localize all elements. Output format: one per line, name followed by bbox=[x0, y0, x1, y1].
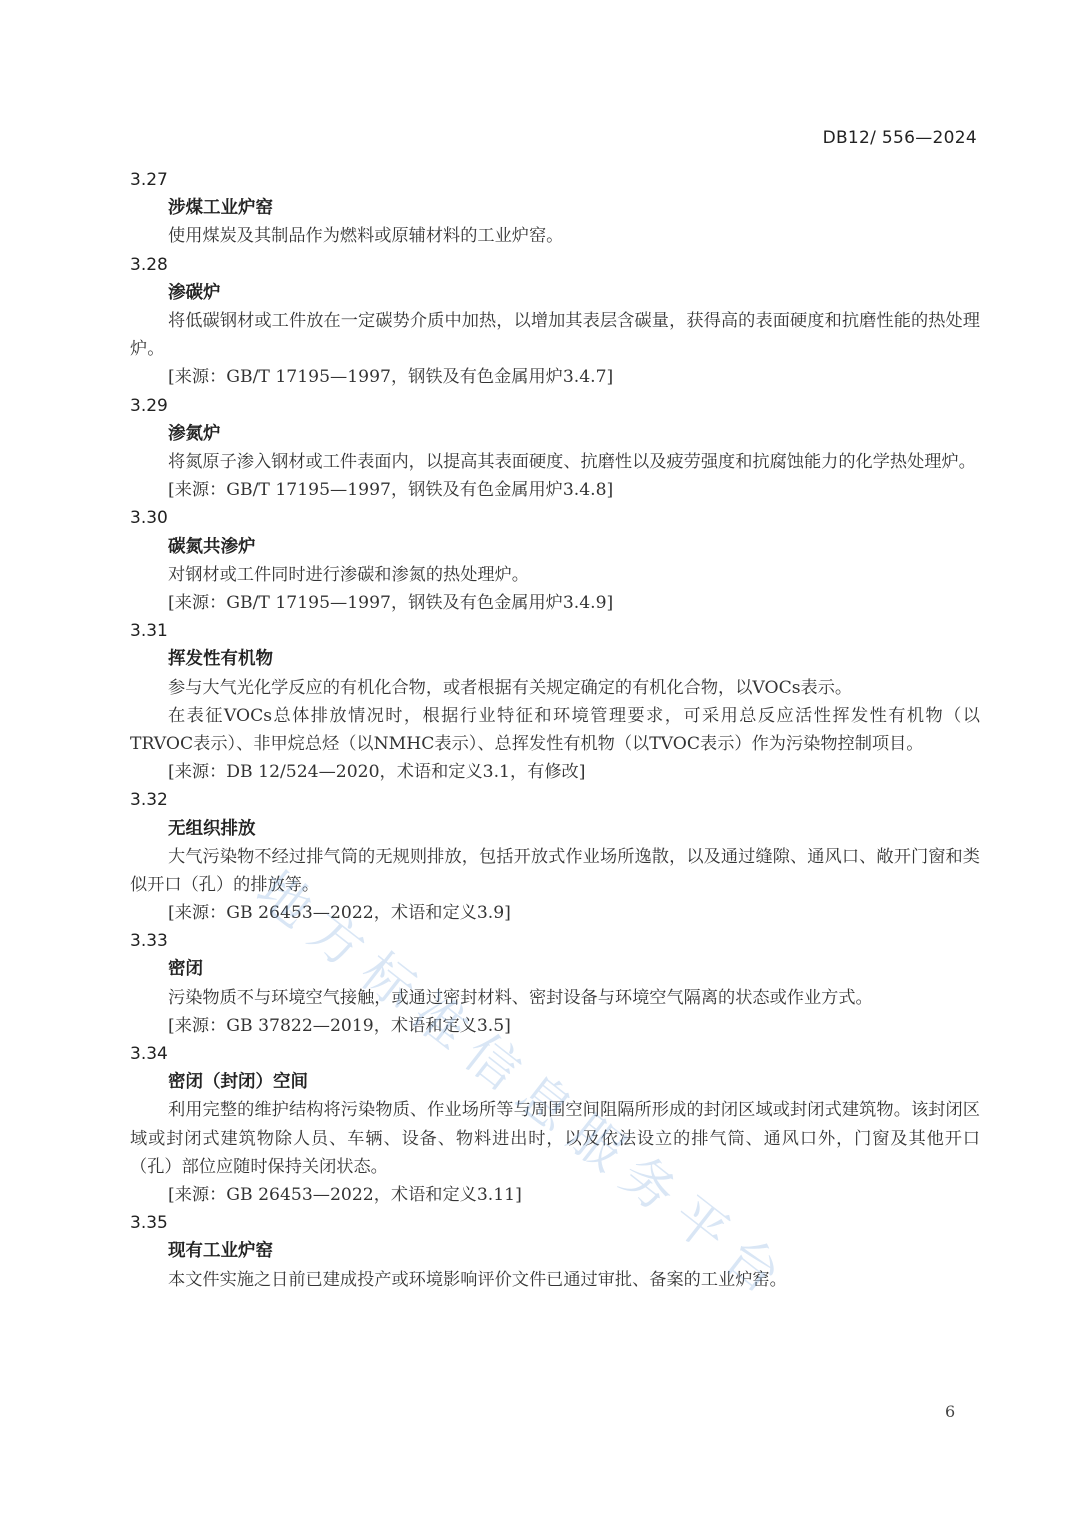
definition-text: 在表征VOCs总体排放情况时，根据行业特征和环境管理要求，可采用总反应活性挥发性… bbox=[130, 702, 980, 758]
clause-number: 3.27 bbox=[130, 166, 980, 194]
definition-entry: 3.35 现有工业炉窑 本文件实施之日前已建成投产或环境影响评价文件已通过审批、… bbox=[130, 1209, 980, 1294]
definition-entry: 3.29 渗氮炉 将氮原子渗入钢材或工件表面内，以提高其表面硬度、抗磨性以及疲劳… bbox=[130, 392, 980, 505]
source-citation: [来源：GB 26453—2022，术语和定义3.9] bbox=[130, 899, 980, 927]
clause-number: 3.32 bbox=[130, 786, 980, 814]
term-title: 现有工业炉窑 bbox=[130, 1237, 980, 1265]
definition-entry: 3.34 密闭（封闭）空间 利用完整的维护结构将污染物质、作业场所等与周围空间阻… bbox=[130, 1040, 980, 1209]
definition-text: 对钢材或工件同时进行渗碳和渗氮的热处理炉。 bbox=[130, 561, 980, 589]
definition-text: 将低碳钢材或工件放在一定碳势介质中加热，以增加其表层含碳量，获得高的表面硬度和抗… bbox=[130, 307, 980, 363]
definition-entry: 3.33 密闭 污染物质不与环境空气接触，或通过密封材料、密封设备与环境空气隔离… bbox=[130, 927, 980, 1040]
clause-number: 3.28 bbox=[130, 251, 980, 279]
clause-number: 3.33 bbox=[130, 927, 980, 955]
clause-number: 3.35 bbox=[130, 1209, 980, 1237]
definition-entry: 3.27 涉煤工业炉窑 使用煤炭及其制品作为燃料或原辅材料的工业炉窑。 bbox=[130, 166, 980, 251]
definition-entry: 3.31 挥发性有机物 参与大气光化学反应的有机化合物，或者根据有关规定确定的有… bbox=[130, 617, 980, 786]
source-citation: [来源：GB/T 17195—1997，钢铁及有色金属用炉3.4.7] bbox=[130, 363, 980, 391]
source-citation: [来源：DB 12/524—2020，术语和定义3.1，有修改] bbox=[130, 758, 980, 786]
definition-text: 使用煤炭及其制品作为燃料或原辅材料的工业炉窑。 bbox=[130, 222, 980, 250]
definition-entry: 3.32 无组织排放 大气污染物不经过排气筒的无规则排放，包括开放式作业场所逸散… bbox=[130, 786, 980, 927]
term-title: 无组织排放 bbox=[130, 815, 980, 843]
definition-text: 大气污染物不经过排气筒的无规则排放，包括开放式作业场所逸散，以及通过缝隙、通风口… bbox=[130, 843, 980, 899]
term-title: 挥发性有机物 bbox=[130, 645, 980, 673]
definition-entry: 3.28 渗碳炉 将低碳钢材或工件放在一定碳势介质中加热，以增加其表层含碳量，获… bbox=[130, 251, 980, 392]
clause-number: 3.29 bbox=[130, 392, 980, 420]
source-citation: [来源：GB 37822—2019，术语和定义3.5] bbox=[130, 1012, 980, 1040]
document-code: DB12/ 556—2024 bbox=[823, 128, 977, 148]
term-title: 密闭（封闭）空间 bbox=[130, 1068, 980, 1096]
definition-text: 污染物质不与环境空气接触，或通过密封材料、密封设备与环境空气隔离的状态或作业方式… bbox=[130, 984, 980, 1012]
source-citation: [来源：GB/T 17195—1997，钢铁及有色金属用炉3.4.8] bbox=[130, 476, 980, 504]
clause-number: 3.30 bbox=[130, 504, 980, 532]
clause-number: 3.34 bbox=[130, 1040, 980, 1068]
definitions-list: 3.27 涉煤工业炉窑 使用煤炭及其制品作为燃料或原辅材料的工业炉窑。 3.28… bbox=[130, 166, 980, 1294]
definition-text: 将氮原子渗入钢材或工件表面内，以提高其表面硬度、抗磨性以及疲劳强度和抗腐蚀能力的… bbox=[130, 448, 980, 476]
term-title: 渗氮炉 bbox=[130, 420, 980, 448]
term-title: 密闭 bbox=[130, 955, 980, 983]
page-number: 6 bbox=[945, 1402, 955, 1421]
clause-number: 3.31 bbox=[130, 617, 980, 645]
definition-text: 利用完整的维护结构将污染物质、作业场所等与周围空间阻隔所形成的封闭区域或封闭式建… bbox=[130, 1096, 980, 1181]
definition-text: 参与大气光化学反应的有机化合物，或者根据有关规定确定的有机化合物，以VOCs表示… bbox=[130, 674, 980, 702]
source-citation: [来源：GB 26453—2022，术语和定义3.11] bbox=[130, 1181, 980, 1209]
term-title: 碳氮共渗炉 bbox=[130, 533, 980, 561]
term-title: 渗碳炉 bbox=[130, 279, 980, 307]
term-title: 涉煤工业炉窑 bbox=[130, 194, 980, 222]
source-citation: [来源：GB/T 17195—1997，钢铁及有色金属用炉3.4.9] bbox=[130, 589, 980, 617]
definition-text: 本文件实施之日前已建成投产或环境影响评价文件已通过审批、备案的工业炉窑。 bbox=[130, 1266, 980, 1294]
definition-entry: 3.30 碳氮共渗炉 对钢材或工件同时进行渗碳和渗氮的热处理炉。 [来源：GB/… bbox=[130, 504, 980, 617]
